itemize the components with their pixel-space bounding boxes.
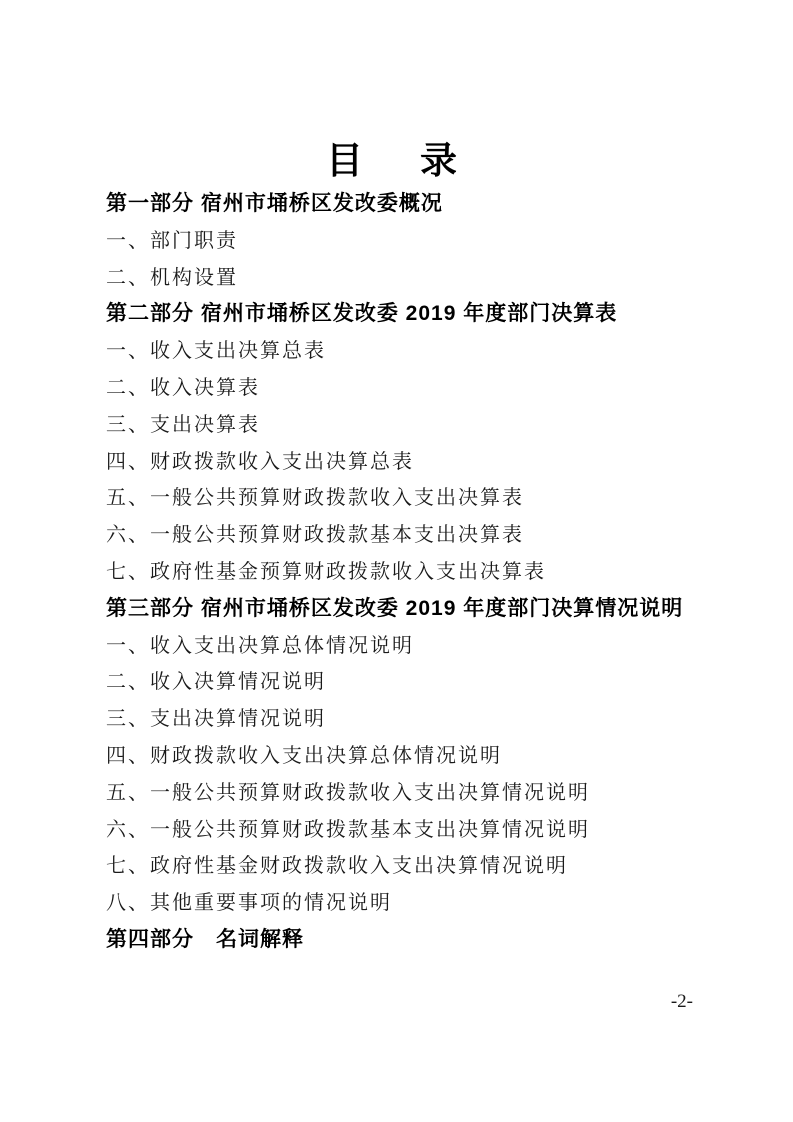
toc-item: 六、一般公共预算财政拨款基本支出决算表 [106, 517, 753, 554]
toc-item: 一、收入支出决算总体情况说明 [106, 628, 753, 665]
toc-list: 第一部分 宿州市埇桥区发改委概况一、部门职责二、机构设置第二部分 宿州市埇桥区发… [106, 186, 753, 959]
toc-item: 二、机构设置 [106, 260, 753, 297]
toc-section-heading: 第一部分 宿州市埇桥区发改委概况 [106, 186, 753, 223]
toc-item: 三、支出决算表 [106, 407, 753, 444]
toc-item: 八、其他重要事项的情况说明 [106, 885, 753, 922]
toc-item: 一、收入支出决算总表 [106, 333, 753, 370]
toc-item: 六、一般公共预算财政拨款基本支出决算情况说明 [106, 812, 753, 849]
document-page: 目 录 第一部分 宿州市埇桥区发改委概况一、部门职责二、机构设置第二部分 宿州市… [0, 0, 793, 1122]
page-title: 目 录 [0, 138, 793, 184]
toc-item: 七、政府性基金预算财政拨款收入支出决算表 [106, 554, 753, 591]
toc-item: 二、收入决算表 [106, 370, 753, 407]
toc-item: 三、支出决算情况说明 [106, 701, 753, 738]
toc-section-heading: 第三部分 宿州市埇桥区发改委 2019 年度部门决算情况说明 [106, 591, 753, 628]
toc-item: 四、财政拨款收入支出决算总体情况说明 [106, 738, 753, 775]
toc-item: 五、一般公共预算财政拨款收入支出决算情况说明 [106, 775, 753, 812]
page-number: -2- [671, 991, 693, 1013]
toc-item: 七、政府性基金财政拨款收入支出决算情况说明 [106, 848, 753, 885]
toc-item: 五、一般公共预算财政拨款收入支出决算表 [106, 480, 753, 517]
toc-item: 一、部门职责 [106, 223, 753, 260]
toc-item: 四、财政拨款收入支出决算总表 [106, 444, 753, 481]
toc-section-heading: 第四部分 名词解释 [106, 922, 753, 959]
toc-item: 二、收入决算情况说明 [106, 664, 753, 701]
toc-section-heading: 第二部分 宿州市埇桥区发改委 2019 年度部门决算表 [106, 296, 753, 333]
